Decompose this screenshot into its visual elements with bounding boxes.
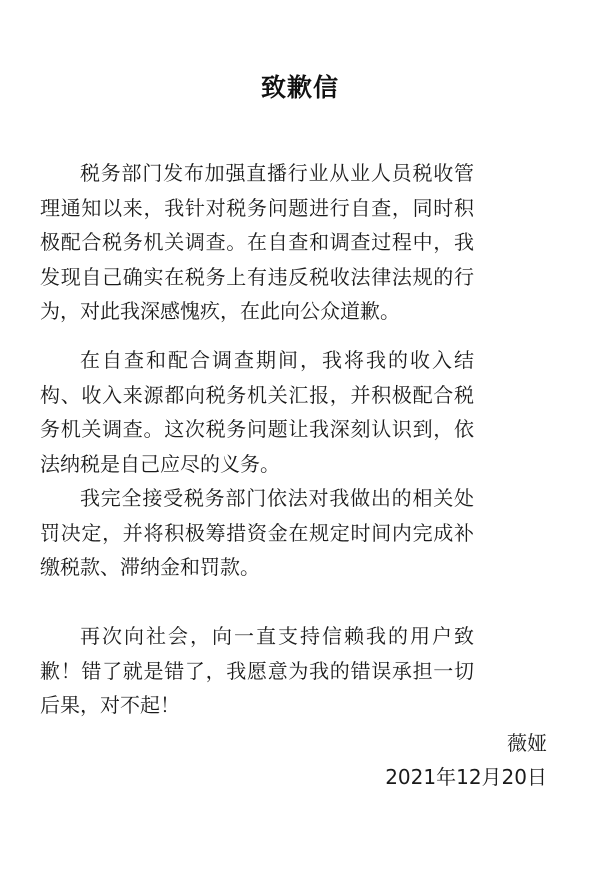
letter-title: 致歉信	[0, 68, 600, 104]
signature-block: 薇娅 2021年12月20日	[385, 726, 547, 794]
letter-paragraph-4: 再次向社会，向一直支持信赖我的用户致歉！错了就是错了，我愿意为我的错误承担一切后…	[40, 619, 474, 723]
letter-paragraph-3: 我完全接受税务部门依法对我做出的相关处罚决定，并将积极筹措资金在规定时间内完成补…	[40, 481, 474, 585]
signature-name: 薇娅	[385, 726, 547, 760]
signature-date: 2021年12月20日	[385, 760, 547, 794]
paragraph-text: 我完全接受税务部门依法对我做出的相关处罚决定，并将积极筹措资金在规定时间内完成补…	[40, 481, 474, 585]
paragraph-text: 在自查和配合调查期间，我将我的收入结构、收入来源都向税务机关汇报，并积极配合税务…	[40, 343, 474, 481]
paragraph-text: 税务部门发布加强直播行业从业人员税收管理通知以来，我针对税务问题进行自查，同时积…	[40, 156, 474, 329]
letter-paragraph-1: 税务部门发布加强直播行业从业人员税收管理通知以来，我针对税务问题进行自查，同时积…	[40, 156, 474, 329]
letter-paragraph-2: 在自查和配合调查期间，我将我的收入结构、收入来源都向税务机关汇报，并积极配合税务…	[40, 343, 474, 481]
paragraph-text: 再次向社会，向一直支持信赖我的用户致歉！错了就是错了，我愿意为我的错误承担一切后…	[40, 619, 474, 723]
